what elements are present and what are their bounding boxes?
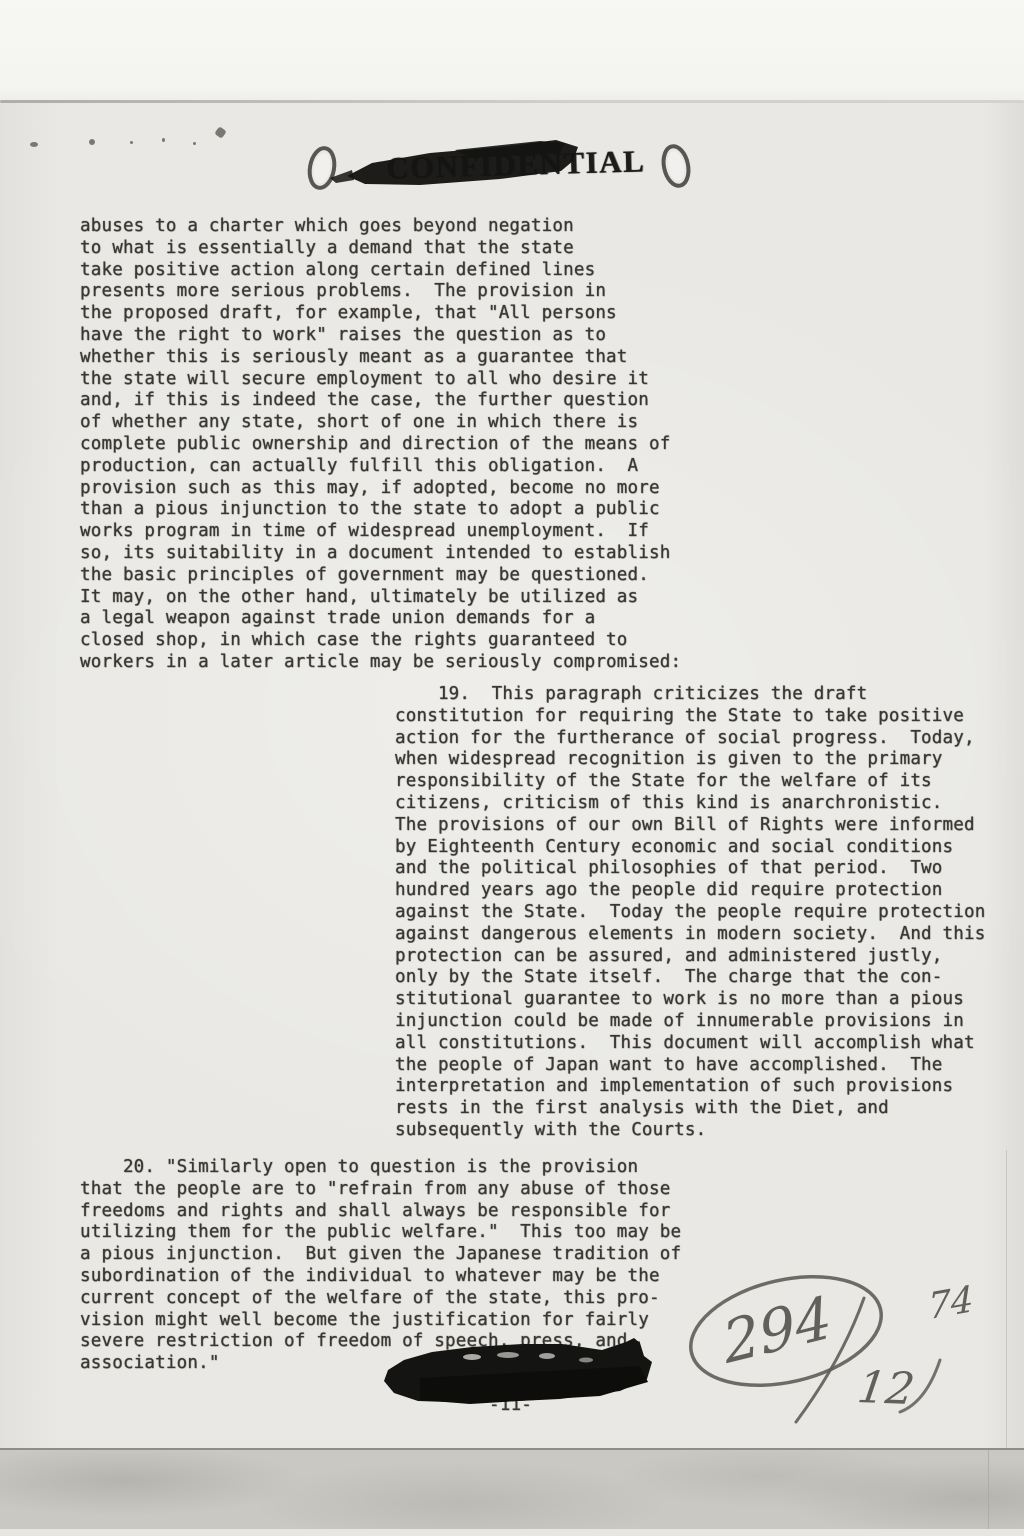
handwritten-upper-right-number: 74 <box>928 1279 975 1328</box>
text-line: production, can actually fulfill this ob… <box>80 456 720 478</box>
text-line: only by the State itself. The charge tha… <box>395 967 1010 989</box>
text-line: take positive action along certain defin… <box>80 260 720 282</box>
ink-speck <box>30 142 38 147</box>
page-number: -11- <box>489 1395 532 1417</box>
ink-speck <box>162 138 165 142</box>
text-line: than a pious injunction to the state to … <box>80 499 720 521</box>
text-line: provision such as this may, if adopted, … <box>80 478 720 500</box>
confidential-stamp: CONFIDENTIAL <box>386 143 646 186</box>
text-line: interpretation and implementation of suc… <box>395 1076 1010 1098</box>
handwritten-lower-number: 12 <box>854 1362 917 1415</box>
ink-speck <box>89 139 95 145</box>
scan-bottom-strip <box>0 1529 1024 1536</box>
text-line: subsequently with the Courts. <box>395 1120 1010 1142</box>
fold-line <box>988 1450 989 1530</box>
text-line: injunction could be made of innumerable … <box>395 1011 1010 1033</box>
text-line: and, if this is indeed the case, the fur… <box>80 390 720 412</box>
page-right-edge <box>1006 1150 1007 1450</box>
text-line: utilizing them for the public welfare." … <box>80 1222 720 1244</box>
scan-top-margin <box>0 0 1024 101</box>
text-line: the state will secure employment to all … <box>80 369 720 391</box>
text-line: citizens, criticism of this kind is anar… <box>395 793 1010 815</box>
body-paragraph: abuses to a charter which goes beyond ne… <box>80 216 720 674</box>
text-line: abuses to a charter which goes beyond ne… <box>80 216 720 238</box>
text-line: protection can be assured, and administe… <box>395 946 1010 968</box>
text-line: the people of Japan want to have accompl… <box>395 1055 1010 1077</box>
text-line: so, its suitability in a document intend… <box>80 543 720 565</box>
text-line: a pious injunction. But given the Japane… <box>80 1244 720 1266</box>
text-line: subordination of the individual to whate… <box>80 1266 720 1288</box>
text-line: 19. This paragraph criticizes the draft <box>395 684 1010 706</box>
text-line: workers in a later article may be seriou… <box>80 652 720 674</box>
text-line: constitution for requiring the State to … <box>395 706 1010 728</box>
text-line: against dangerous elements in modern soc… <box>395 924 1010 946</box>
text-line: have the right to work" raises the quest… <box>80 325 720 347</box>
text-line: stitutional guarantee to work is no more… <box>395 989 1010 1011</box>
text-line: of whether any state, short of one in wh… <box>80 412 720 434</box>
text-line: action for the furtherance of social pro… <box>395 728 1010 750</box>
paragraph-20: 20. "Similarly open to question is the p… <box>80 1157 720 1375</box>
text-line: the proposed draft, for example, that "A… <box>80 303 720 325</box>
text-line: severe restriction of freedom of speech,… <box>80 1331 720 1353</box>
text-line: The provisions of our own Bill of Rights… <box>395 815 1010 837</box>
text-line: the basic principles of government may b… <box>80 565 720 587</box>
text-line: works program in time of widespread unem… <box>80 521 720 543</box>
text-line: It may, on the other hand, ultimately be… <box>80 587 720 609</box>
text-line: when widespread recognition is given to … <box>395 749 1010 771</box>
scanned-document-page: CONFIDENTIAL abuses to a charter which g… <box>0 0 1024 1536</box>
ink-speck <box>130 141 133 144</box>
text-line: responsibility of the State for the welf… <box>395 771 1010 793</box>
paragraph-19: 19. This paragraph criticizes the draftc… <box>395 684 1010 1142</box>
text-line: that the people are to "refrain from any… <box>80 1179 720 1201</box>
text-line: a legal weapon against trade union deman… <box>80 608 720 630</box>
text-line: complete public ownership and direction … <box>80 434 720 456</box>
text-line: closed shop, in which case the rights gu… <box>80 630 720 652</box>
text-line: whether this is seriously meant as a gua… <box>80 347 720 369</box>
text-line: all constitutions. This document will ac… <box>395 1033 1010 1055</box>
text-line: current concept of the welfare of the st… <box>80 1288 720 1310</box>
text-line: freedoms and rights and shall always be … <box>80 1201 720 1223</box>
text-line: by Eighteenth Century economic and socia… <box>395 837 1010 859</box>
text-line: against the State. Today the people requ… <box>395 902 1010 924</box>
text-line: association." <box>80 1353 720 1375</box>
scan-bottom-band <box>0 1448 1024 1536</box>
text-line: vision might well become the justificati… <box>80 1310 720 1332</box>
text-line: rests in the first analysis with the Die… <box>395 1098 1010 1120</box>
ink-speck <box>193 142 196 145</box>
text-line: 20. "Similarly open to question is the p… <box>80 1157 720 1179</box>
text-line: presents more serious problems. The prov… <box>80 281 720 303</box>
text-line: and the political philosophies of that p… <box>395 858 1010 880</box>
text-line: to what is essentially a demand that the… <box>80 238 720 260</box>
text-line: hundred years ago the people did require… <box>395 880 1010 902</box>
